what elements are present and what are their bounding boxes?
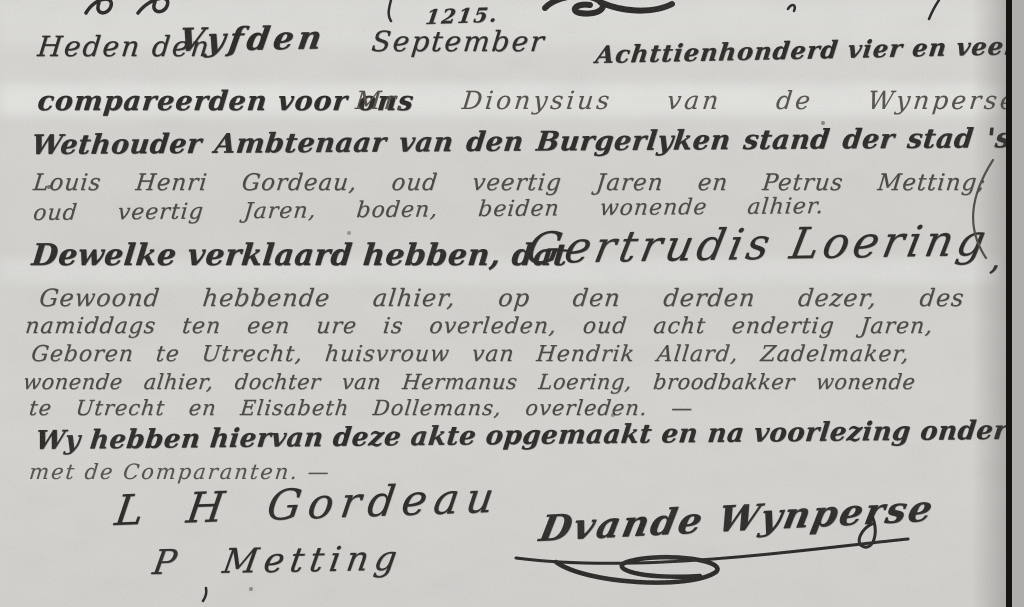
top-cutoff-stroke-3 bbox=[389, 0, 391, 21]
official-title: Wethouder Ambtenaar van den Burgerlyken … bbox=[30, 122, 1024, 161]
dust-specks bbox=[0, 0, 2, 2]
date-month: September bbox=[370, 25, 547, 58]
top-cutoff-stroke-4 bbox=[788, 5, 795, 11]
signature-metting: P Metting bbox=[150, 539, 406, 583]
declaration-line-4: Geboren te Utrecht, huisvrouw van Hendri… bbox=[30, 342, 911, 367]
declaration-line-5: wonende alhier, dochter van Hermanus Loe… bbox=[22, 370, 917, 394]
declaration-line-3: namiddags ten een ure is overleden, oud … bbox=[24, 314, 935, 339]
declaration-line-2: Gewoond hebbende alhier, op den derden d… bbox=[38, 284, 966, 312]
top-cutoff-stroke-2 bbox=[138, 0, 168, 13]
declaration-line-6: te Utrecht en Elisabeth Dollemans, overl… bbox=[28, 396, 695, 420]
wynperse-loop-flourish bbox=[556, 557, 717, 582]
deceased-name: Gertrudis Loering bbox=[522, 216, 994, 274]
top-cutoff-stroke-1 bbox=[86, 0, 111, 13]
death-record-scan: 1215. Heden den Vyfden September Achttie… bbox=[0, 0, 1024, 607]
declaration-lead: Dewelke verklaard hebben, dat bbox=[30, 238, 569, 273]
metting-signature-tick bbox=[203, 588, 206, 601]
top-cutoff-flourish-bold bbox=[545, 0, 672, 14]
binding-edge-outer bbox=[1012, 0, 1024, 607]
date-year-words: Achttienhonderd vier en veertig bbox=[594, 30, 1024, 69]
signature-wynperse: Dvande Wynperse bbox=[536, 488, 938, 550]
date-day: Vyfden bbox=[176, 18, 328, 59]
official-name: Mr. Dionysius van de Wynperse bbox=[354, 86, 1019, 115]
closing-line-1: Wy hebben hiervan deze akte opgemaakt en… bbox=[34, 415, 1024, 456]
top-cutoff-stroke-5 bbox=[929, 0, 939, 19]
declarants-line-1: Louis Henri Gordeau, oud veertig Jaren e… bbox=[32, 170, 987, 196]
